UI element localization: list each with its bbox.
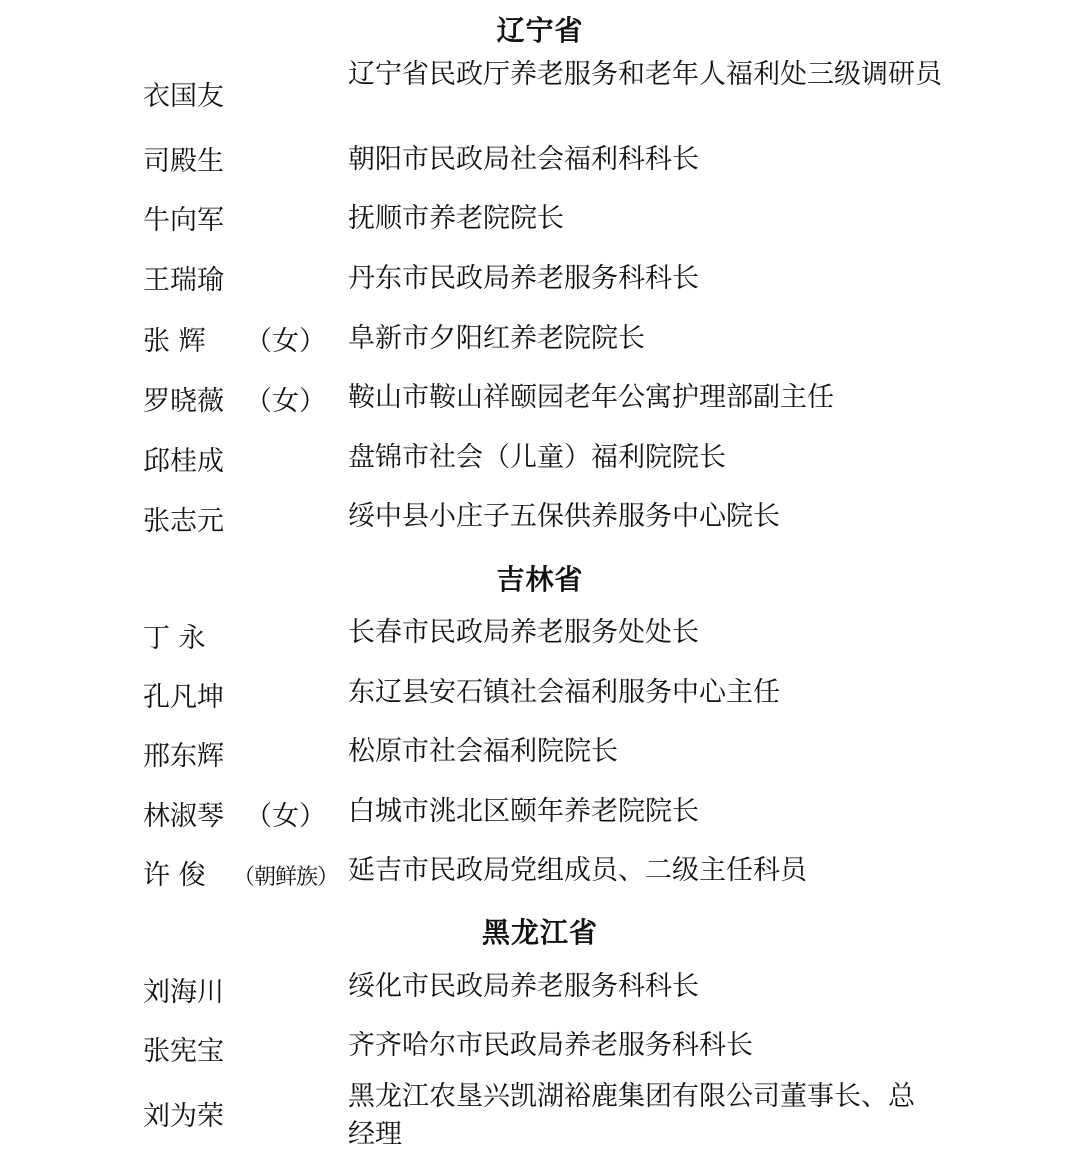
person-title: 延吉市民政局党组成员、二级主任科员 [348,854,948,888]
person-title: 绥中县小庄子五保供养服务中心院长 [348,500,948,534]
person-title: 抚顺市养老院院长 [348,202,948,236]
section-title-liaoning: 辽宁省 [0,14,1080,48]
ethnicity-note: （朝鲜族） [233,861,338,895]
person-name: 邢东辉 [143,740,233,774]
document-page: 辽宁省 衣国友 辽宁省民政厅养老服务和老年人福利处三级调研员 司殿生 朝阳市民政… [0,0,1080,1159]
person-name: 林淑琴（女） [143,800,326,834]
person-name: 邱桂成 [143,445,233,479]
person-title: 东辽县安石镇社会福利服务中心主任 [348,676,948,710]
section-title-jilin: 吉林省 [0,563,1080,597]
section-title-heilongjiang: 黑龙江省 [0,916,1080,950]
person-name: 刘海川 [143,976,233,1010]
person-name: 许 俊（朝鲜族） [143,859,338,895]
person-name: 孔凡坤 [143,681,233,715]
person-title: 绥化市民政局养老服务科科长 [348,970,948,1004]
person-name: 衣国友 [143,80,233,114]
person-name: 丁 永 [143,622,233,656]
person-title: 白城市洮北区颐年养老院院长 [348,795,948,829]
person-name: 张 辉（女） [143,325,326,359]
person-title: 朝阳市民政局社会福利科科长 [348,143,948,177]
person-name: 张志元 [143,505,233,539]
person-title: 松原市社会福利院院长 [348,735,948,769]
person-title: 丹东市民政局养老服务科科长 [348,262,948,296]
person-name: 司殿生 [143,145,233,179]
person-title: 齐齐哈尔市民政局养老服务科科长 [348,1029,948,1063]
person-title: 阜新市夕阳红养老院院长 [348,322,948,356]
person-title: 长春市民政局养老服务处处长 [348,616,948,650]
person-title: 盘锦市社会（儿童）福利院院长 [348,441,948,475]
person-name: 刘为荣 [143,1100,233,1134]
person-name: 张宪宝 [143,1035,233,1069]
person-title: 辽宁省民政厅养老服务和老年人福利处三级调研员 [348,56,948,94]
person-name: 王瑞瑜 [143,264,233,298]
gender-note: （女） [245,325,326,359]
gender-note: （女） [245,385,326,419]
gender-note: （女） [245,800,326,834]
person-name: 牛向军 [143,204,233,238]
person-title: 黑龙江农垦兴凯湖裕鹿集团有限公司董事长、总经理 [348,1078,938,1154]
person-name: 罗晓薇（女） [143,385,326,419]
person-title: 鞍山市鞍山祥颐园老年公寓护理部副主任 [348,381,948,415]
